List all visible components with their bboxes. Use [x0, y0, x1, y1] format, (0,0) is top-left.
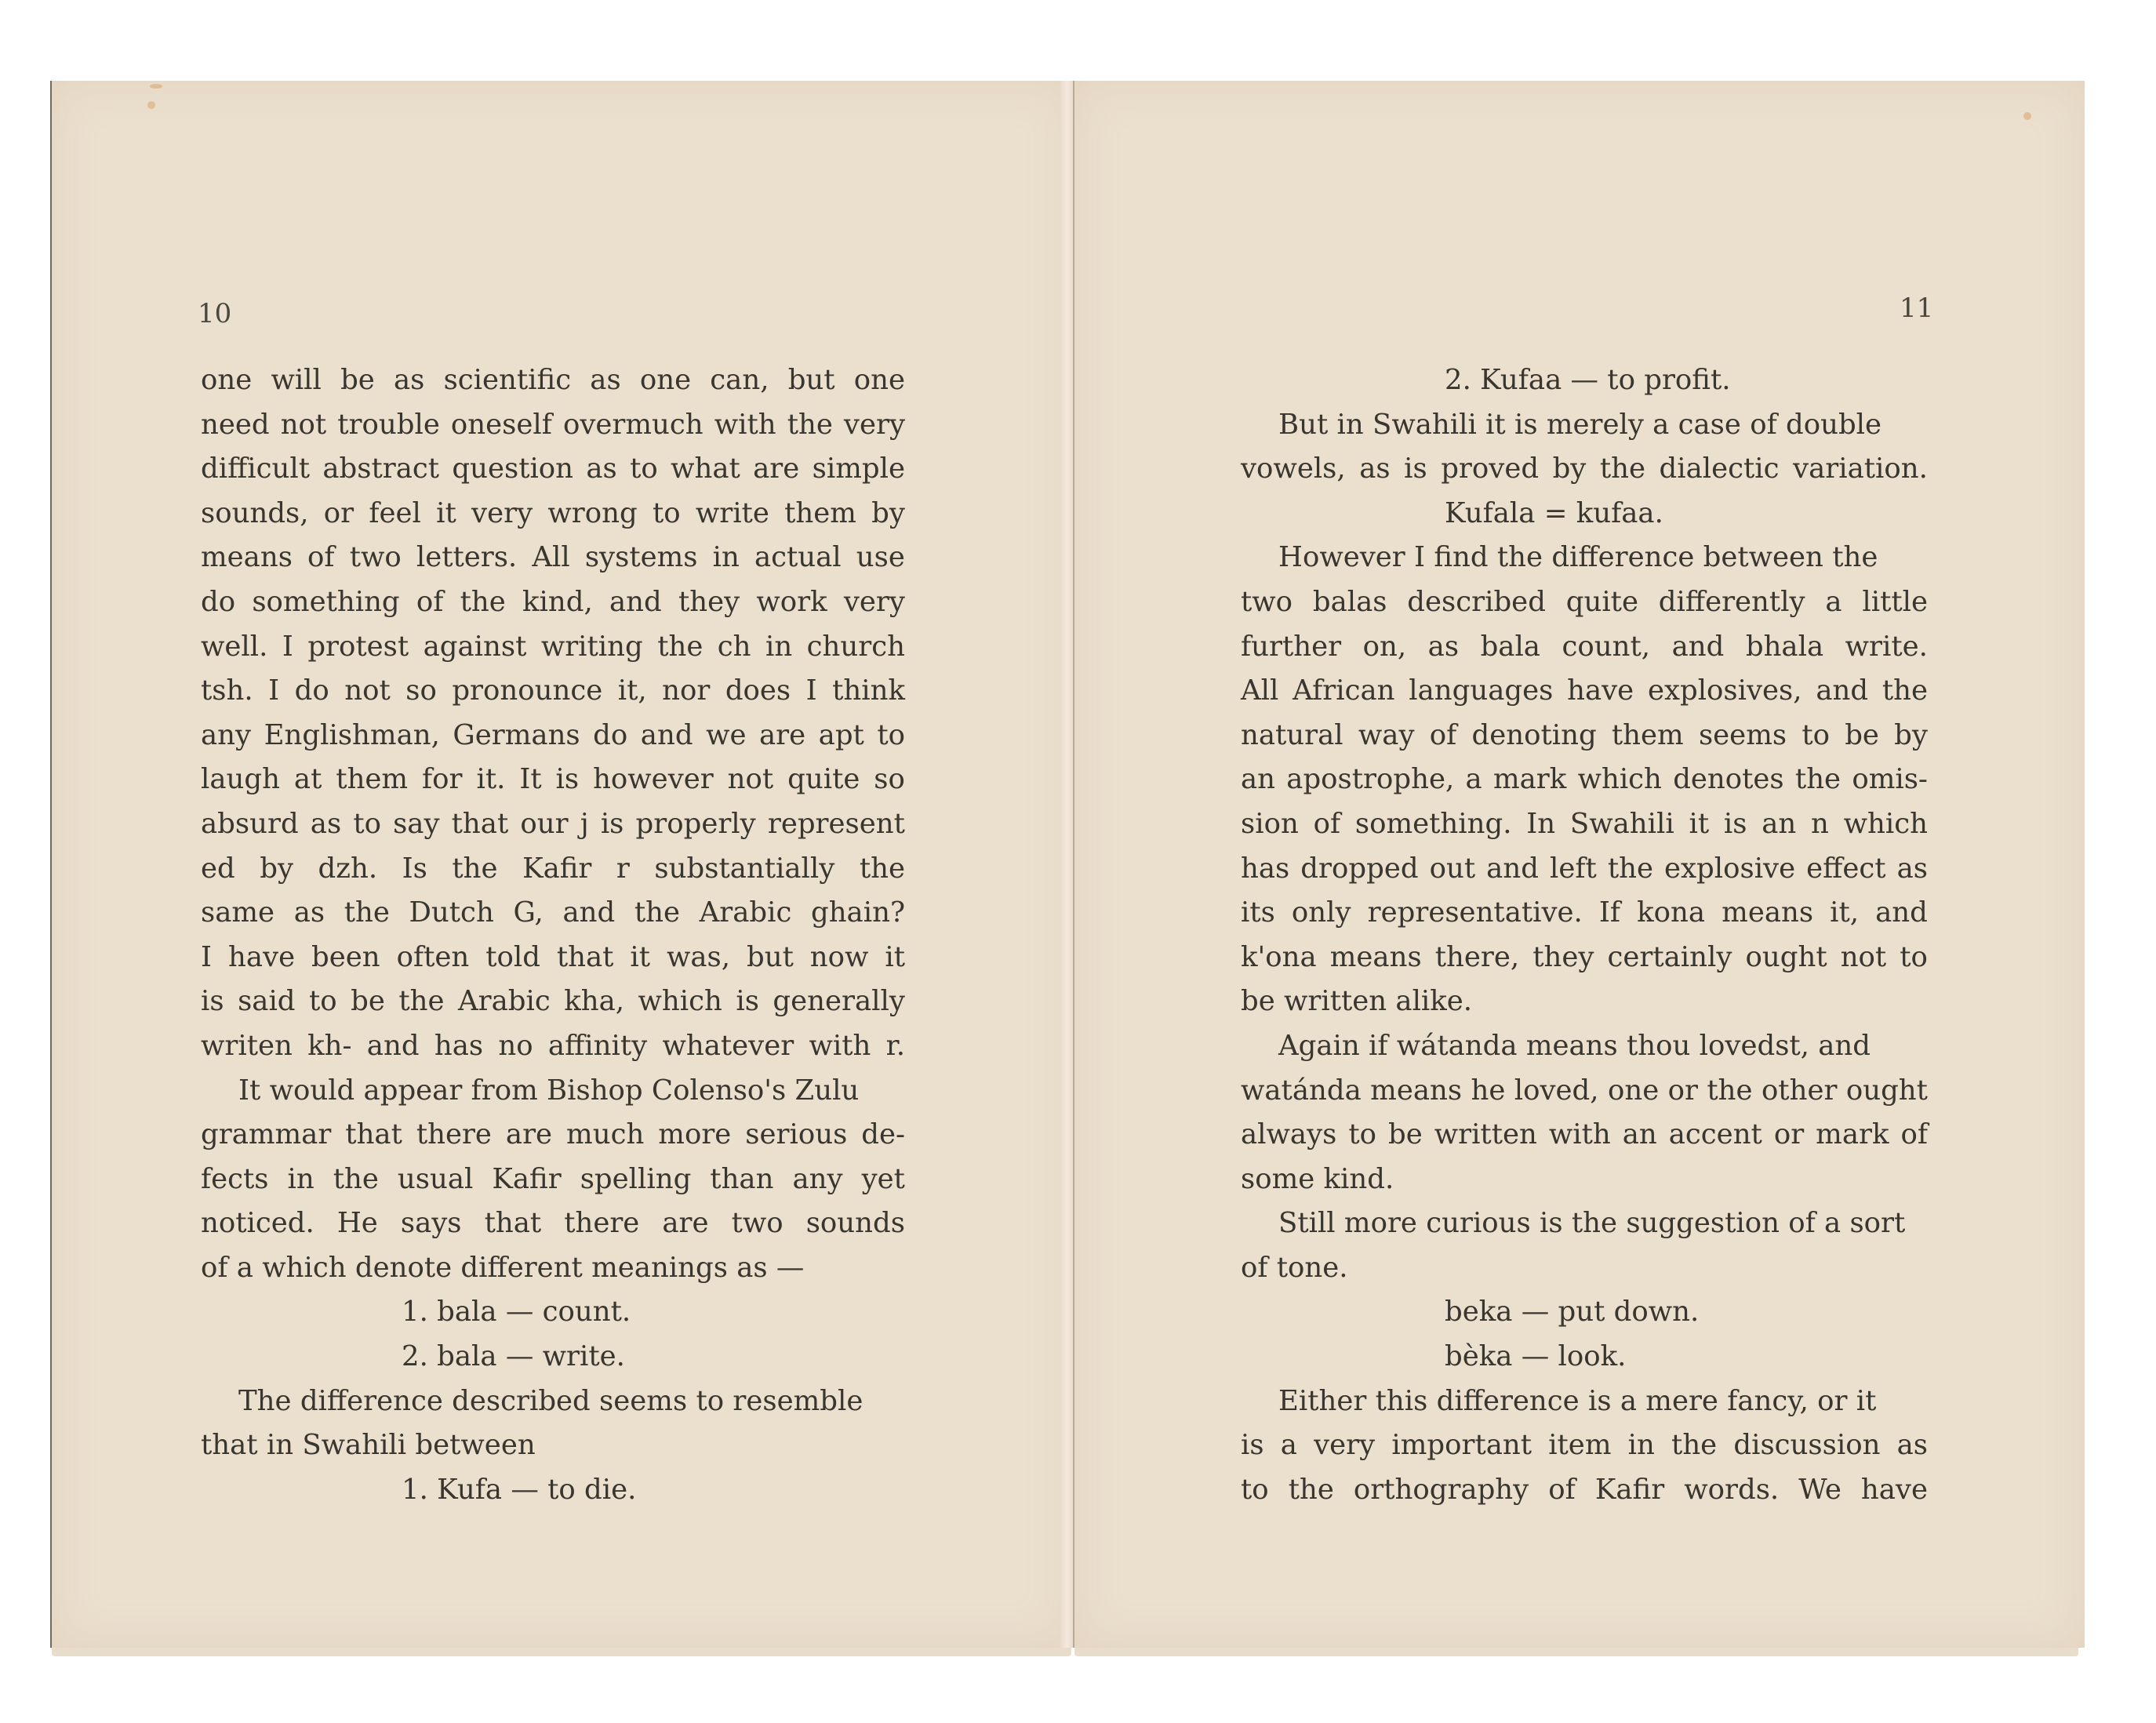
text-line: sionofsomething.InSwahiliitisannwhich — [1241, 802, 1928, 847]
page-number: 10 — [198, 298, 231, 329]
text-line: The difference described seems to resemb… — [201, 1379, 905, 1424]
text-line: However I find the difference between th… — [1241, 536, 1928, 580]
text-line: alwaystobewrittenwithanaccentormarkof — [1241, 1113, 1928, 1158]
text-line: be written alike. — [1241, 980, 1928, 1024]
text-line: Ihavebeenoftentoldthatitwas,butnowit — [201, 936, 905, 980]
text-line: naturalwayofdenotingthemseemstobeby — [1241, 714, 1928, 758]
text-line: 1. bala — count. — [201, 1290, 905, 1335]
text-line: Still more curious is the suggestion of … — [1241, 1201, 1928, 1246]
text-line: Either this difference is a mere fancy, … — [1241, 1379, 1928, 1424]
text-line: It would appear from Bishop Colenso's Zu… — [201, 1069, 905, 1114]
text-line: anapostrophe,amarkwhichdenotestheomis- — [1241, 758, 1928, 802]
text-line: hasdroppedoutandlefttheexplosiveeffectas — [1241, 847, 1928, 892]
text-line: laughatthemforit.Itishowevernotquiteso — [201, 758, 905, 802]
text-line: onewillbeasscientificasonecan,butone — [201, 358, 905, 403]
text-line: issaidtobetheArabickha,whichisgenerally — [201, 980, 905, 1024]
text-line: writenkh-andhasnoaffinitywhateverwithr. — [201, 1024, 905, 1069]
text-line: noticed.Hesaysthattherearetwosounds — [201, 1201, 905, 1246]
right-page: 11 2. Kufaa — to profit.But in Swahili i… — [1073, 81, 2085, 1648]
text-line: fectsintheusualKafirspellingthananyyet — [201, 1158, 905, 1202]
text-line: itsonlyrepresentative.Ifkonameansit,and — [1241, 891, 1928, 936]
text-line: tsh.Idonotsopronounceit,nordoesIthink — [201, 669, 905, 714]
text-line: that in Swahili between — [201, 1423, 905, 1468]
page-number: 11 — [1900, 293, 1933, 324]
text-line: absurdastosaythatourjisproperlyrepresent — [201, 802, 905, 847]
text-line: AllAfricanlanguageshaveexplosives,andthe — [1241, 669, 1928, 714]
text-line: of tone. — [1241, 1246, 1928, 1291]
foxing-stain — [2023, 112, 2031, 120]
text-line: Again if wátanda means thou lovedst, and — [1241, 1024, 1928, 1069]
text-line: grammarthattherearemuchmoreseriousde- — [201, 1113, 905, 1158]
right-page-text: 2. Kufaa — to profit.But in Swahili it i… — [1241, 358, 1928, 1512]
text-line: difficultabstractquestionastowhataresimp… — [201, 447, 905, 492]
text-line: But in Swahili it is merely a case of do… — [1241, 403, 1928, 448]
text-line: watándameansheloved,oneortheotherought — [1241, 1069, 1928, 1114]
left-page-text: onewillbeasscientificasonecan,butoneneed… — [201, 358, 905, 1512]
text-line: some kind. — [1241, 1158, 1928, 1202]
text-line: well.Iprotestagainstwritingthechinchurch — [201, 625, 905, 670]
text-line: anyEnglishman,Germansdoandweareaptto — [201, 714, 905, 758]
text-line: isaveryimportantiteminthediscussionas — [1241, 1423, 1928, 1468]
left-page: 10 onewillbeasscientificasonecan,butonen… — [50, 81, 1073, 1648]
text-line: meansoftwoletters.Allsystemsinactualuse — [201, 536, 905, 580]
text-line: dosomethingofthekind,andtheyworkvery — [201, 580, 905, 625]
text-line: furtheron,asbalacount,andbhalawrite. — [1241, 625, 1928, 670]
text-line: 1. Kufa — to die. — [201, 1468, 905, 1513]
text-line: edbydzh.IstheKafirrsubstantiallythe — [201, 847, 905, 892]
foxing-stain — [150, 84, 162, 89]
text-line: vowels,asisprovedbythedialecticvariation… — [1241, 447, 1928, 492]
text-line: totheorthographyofKafirwords.Wehave — [1241, 1468, 1928, 1513]
text-line: bèka — look. — [1241, 1335, 1928, 1379]
text-line: of a which denote different meanings as … — [201, 1246, 905, 1291]
text-line: neednottroubleoneselfovermuchwiththevery — [201, 403, 905, 448]
foxing-stain — [147, 101, 155, 109]
text-line: beka — put down. — [1241, 1290, 1928, 1335]
text-line: sameastheDutchG,andtheArabicghain? — [201, 891, 905, 936]
text-line: 2. bala — write. — [201, 1335, 905, 1379]
text-line: 2. Kufaa — to profit. — [1241, 358, 1928, 403]
text-line: Kufala = kufaa. — [1241, 492, 1928, 536]
text-line: twobalasdescribedquitedifferentlyalittle — [1241, 580, 1928, 625]
text-line: k'onameansthere,theycertainlyoughtnotto — [1241, 936, 1928, 980]
text-line: sounds,orfeelitverywrongtowritethemby — [201, 492, 905, 536]
